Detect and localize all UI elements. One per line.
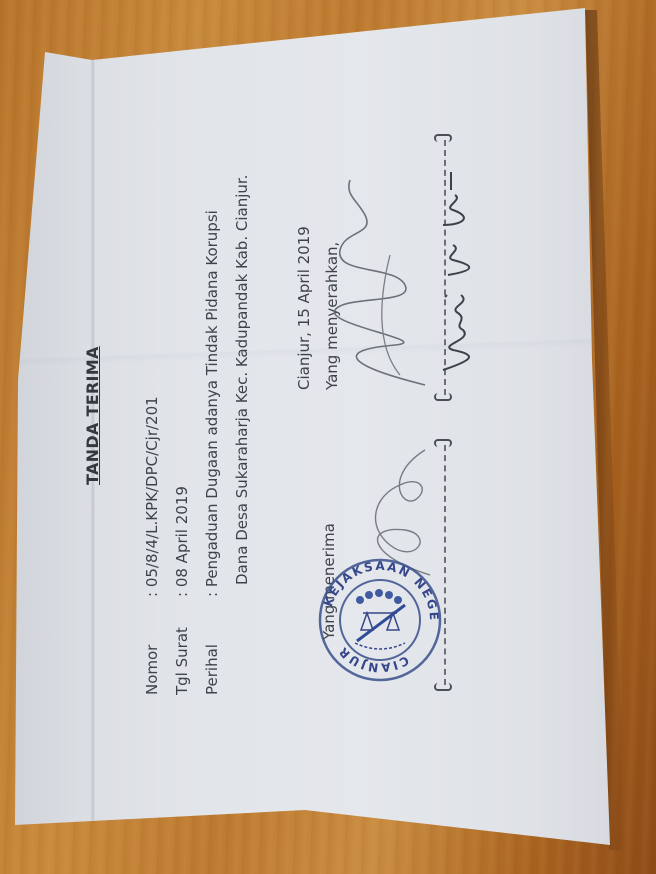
meta-value: : 05/8/4/L.KPK/DPC/Cjr/201 — [137, 396, 167, 597]
sender-handwritten-name — [433, 165, 483, 375]
official-stamp: KEJAKSAAN NEGERI CIANJUR — [315, 555, 445, 685]
meta-value: : 08 April 2019 — [167, 486, 197, 597]
receipt-document: TANDA TERIMA Nomor : 05/8/4/L.KPK/DPC/Cj… — [15, 8, 610, 845]
meta-label: Perihal — [197, 597, 227, 695]
svg-text:KEJAKSAAN NEGERI: KEJAKSAAN NEGERI — [315, 555, 441, 622]
meta-label: Nomor — [137, 597, 167, 695]
document-meta: Nomor : 05/8/4/L.KPK/DPC/Cjr/201 Tgl Sur… — [137, 175, 257, 695]
document-title: TANDA TERIMA — [83, 346, 102, 485]
meta-row-perihal: Perihal : Pengaduan Dugaan adanya Tindak… — [197, 175, 227, 695]
meta-row-tgl-surat: Tgl Surat : 08 April 2019 — [167, 175, 197, 695]
meta-value: : Pengaduan Dugaan adanya Tindak Pidana … — [197, 210, 227, 597]
sender-signature — [305, 175, 445, 405]
meta-label: Tgl Surat — [167, 597, 197, 695]
meta-row-nomor: Nomor : 05/8/4/L.KPK/DPC/Cjr/201 — [137, 175, 167, 695]
perihal-continuation: Dana Desa Sukaraharja Kec. Kadupandak Ka… — [227, 175, 257, 695]
